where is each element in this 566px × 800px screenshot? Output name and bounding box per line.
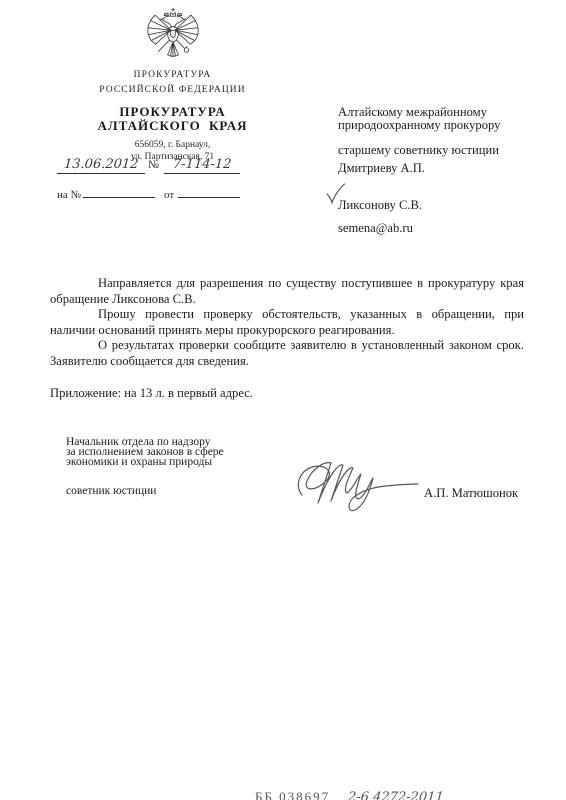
incoming-date-blank [178, 186, 240, 198]
addressee-email: semena@ab.ru [338, 221, 413, 236]
org-name-line1: ПРОКУРАТУРА [55, 105, 290, 119]
body-paragraph-3: О результатах проверки сообщите заявител… [50, 338, 524, 369]
org-country-line2: РОССИЙСКОЙ ФЕДЕРАЦИИ [55, 85, 290, 97]
letter-body: Направляется для разрешения по существу … [50, 276, 524, 401]
scanned-letter-page: ПРОКУРАТУРА РОССИЙСКОЙ ФЕДЕРАЦИИ ПРОКУРА… [0, 0, 566, 800]
outgoing-ref-line: 13.06.2012№7-114-12 [57, 156, 292, 174]
signatory-rank: советник юстиции [66, 485, 156, 497]
body-paragraph-1: Направляется для разрешения по существу … [50, 276, 524, 307]
letterhead: ПРОКУРАТУРА РОССИЙСКОЙ ФЕДЕРАЦИИ ПРОКУРА… [55, 8, 290, 163]
attachment-note: Приложение: на 13 л. в первый адрес. [50, 386, 524, 402]
incoming-number-blank [83, 186, 155, 198]
incoming-ref-prefix: на № [57, 189, 81, 201]
addressee-line1: Алтайскому межрайонному [338, 106, 543, 119]
outgoing-date: 13.06.2012 [63, 157, 138, 172]
russian-double-headed-eagle-icon [144, 8, 202, 67]
outgoing-number: 7-114-12 [172, 157, 231, 172]
signatory-name: А.П. Матюшонок [424, 486, 518, 501]
addressee-name-2: Ликсонову С.В. [338, 198, 422, 213]
addressee-rank: старшему советнику юстиции [338, 143, 499, 158]
org-country-line1: ПРОКУРАТУРА [55, 70, 290, 82]
signatory-position: Начальник отдела по надзору за исполнени… [66, 437, 316, 467]
number-sign: № [148, 159, 159, 171]
org-name-line2: АЛТАЙСКОГО КРАЯ [55, 119, 290, 133]
org-address-line1: 656059, г. Барнаул, [55, 139, 290, 151]
incoming-from-label: от [164, 189, 174, 201]
position-line3: экономики и охраны природы [66, 457, 316, 467]
addressee-name-1: Дмитриеву А.П. [338, 161, 425, 176]
handwritten-signature-icon [294, 455, 424, 524]
body-paragraph-2: Прошу провести проверку обстоятельств, у… [50, 307, 524, 338]
addressee-line2: природоохранному прокурору [338, 119, 543, 132]
addressee: Алтайскому межрайонному природоохранному… [338, 106, 543, 132]
incoming-ref-line: на №от [57, 186, 240, 201]
handwritten-footer-note: 2-6 4272-2011 [348, 790, 445, 800]
form-number: ББ 038697 [255, 789, 330, 800]
form-footer: ББ 0386972-6 4272-2011 [255, 789, 444, 800]
